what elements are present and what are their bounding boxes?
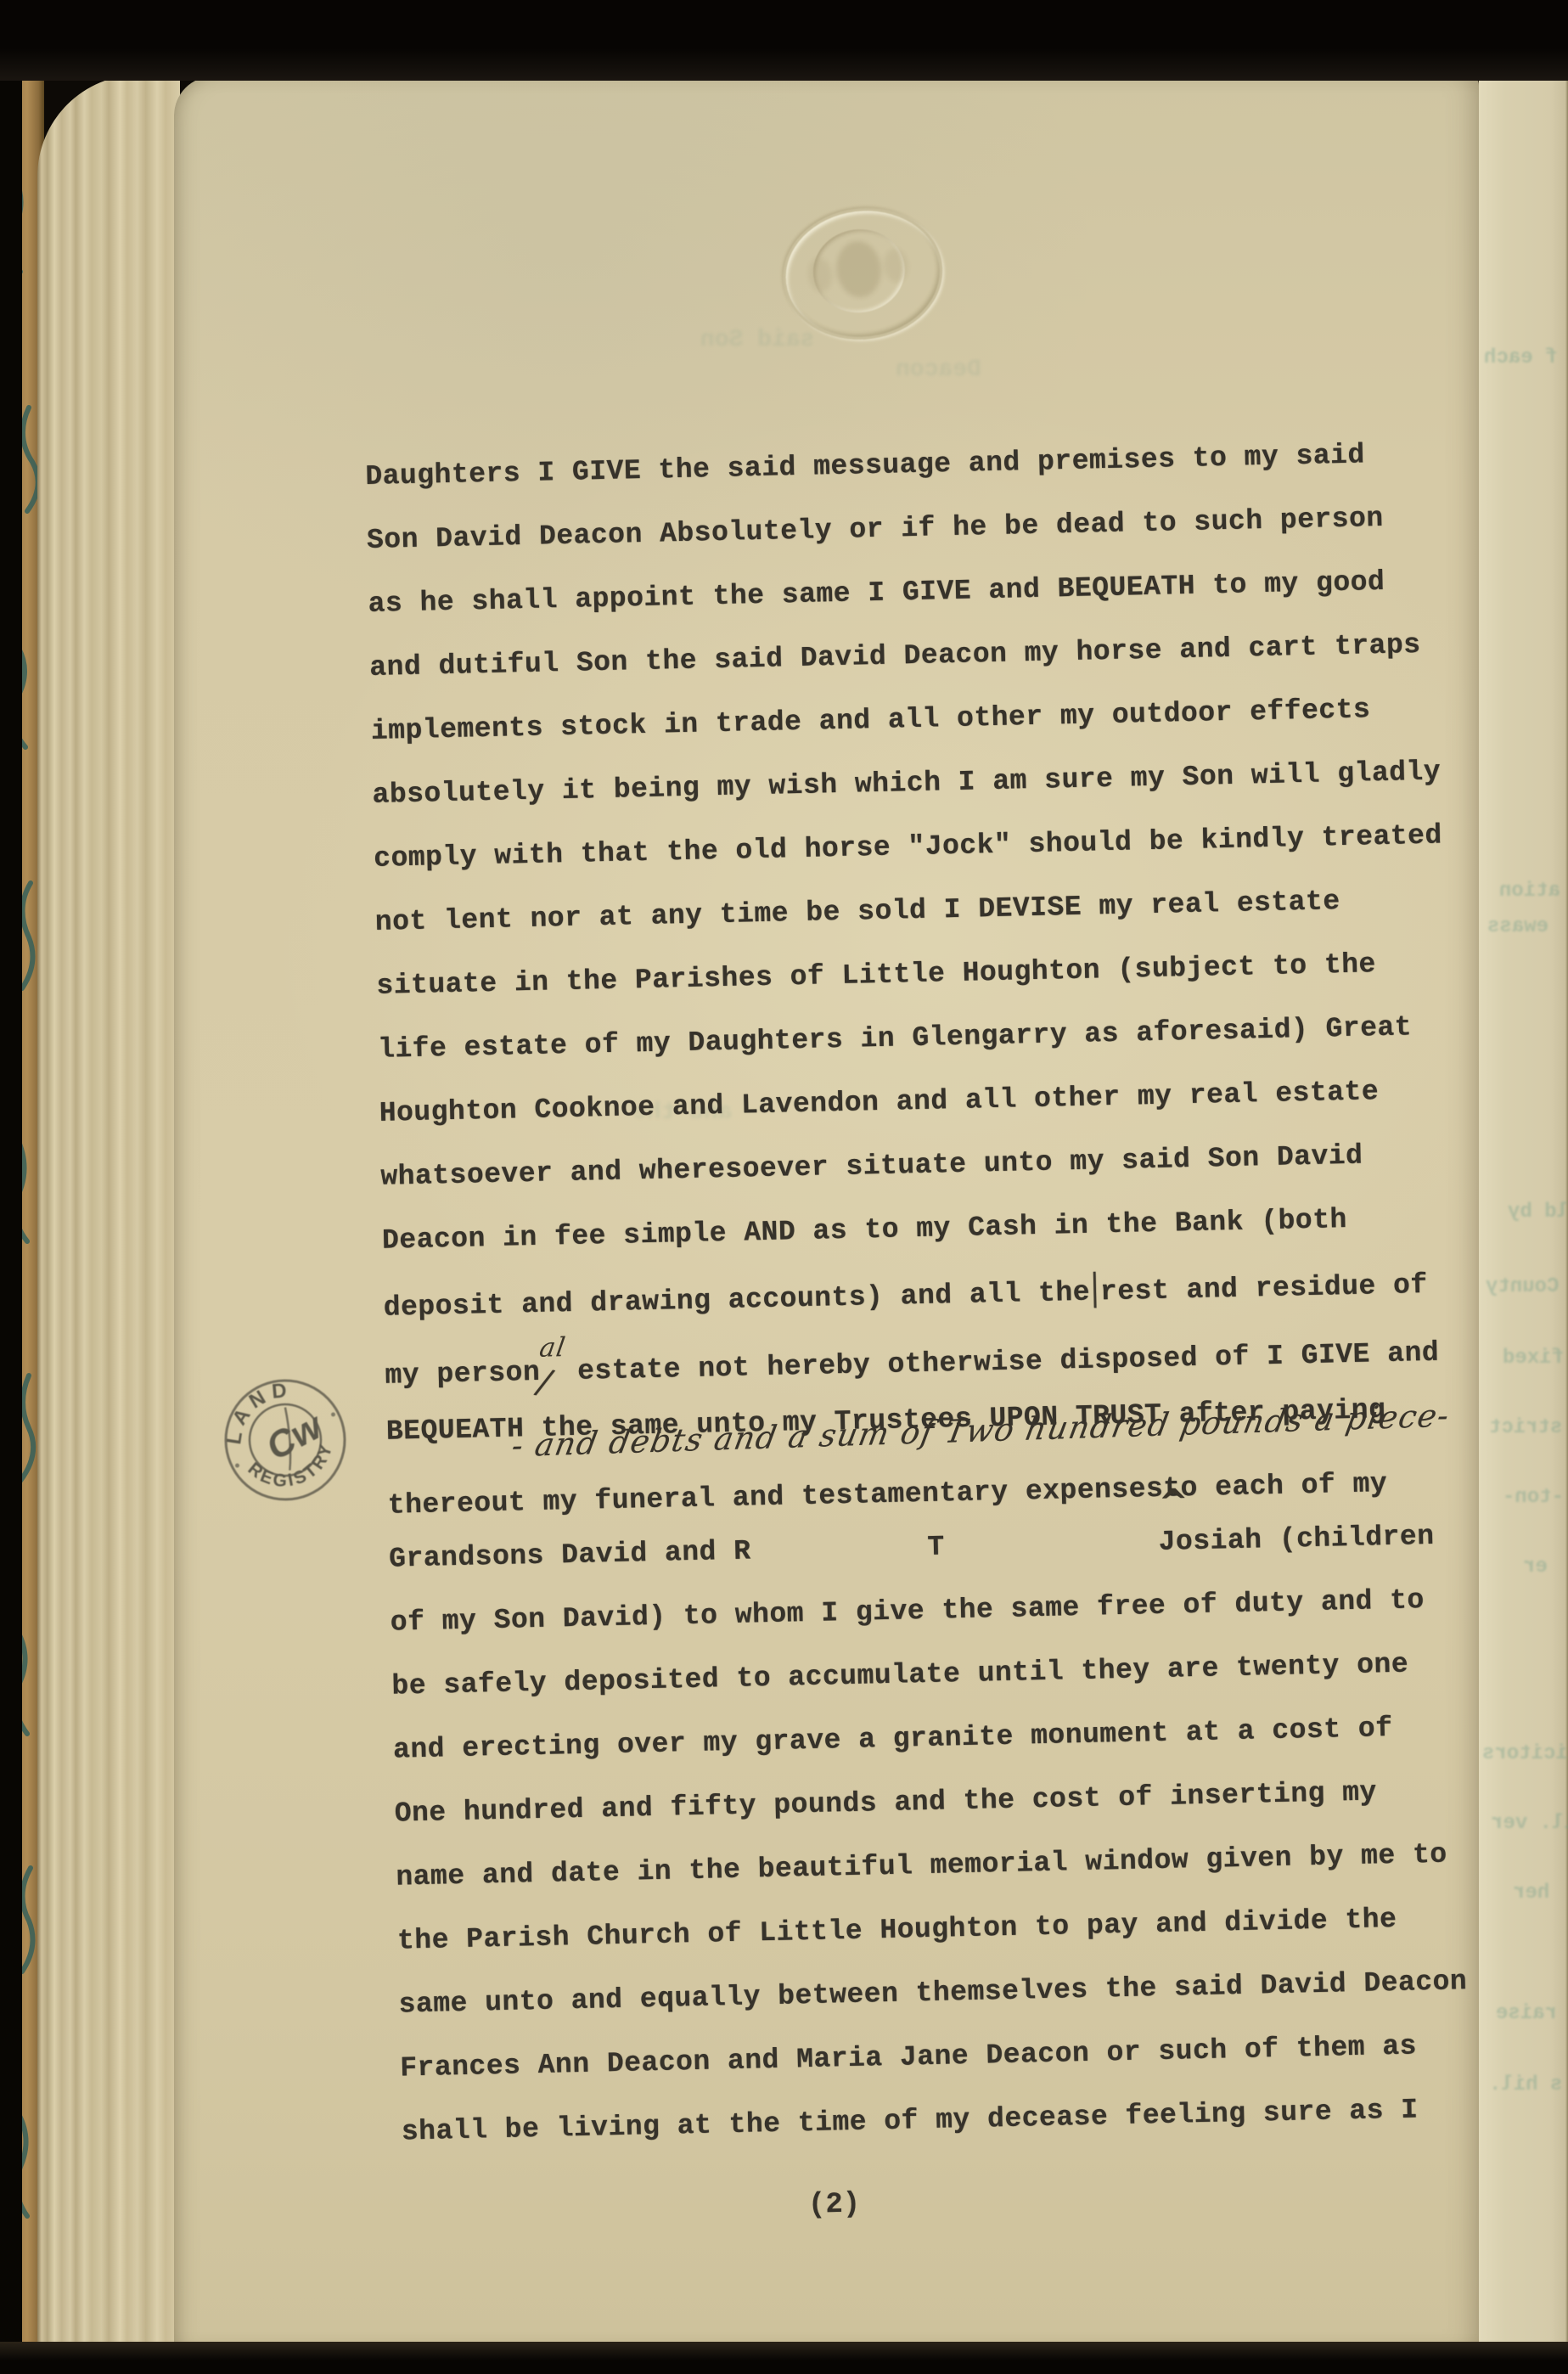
typed-line: comply with that the old horse "Jock" sh… <box>374 819 1442 875</box>
typed-segment: deposit and drawing accounts) and all th… <box>383 1277 1090 1324</box>
background-top <box>0 0 1568 81</box>
typed-segment-hwsup: al <box>537 1332 580 1364</box>
typed-line: thereout my funeral and testamentary exp… <box>387 1458 1387 1522</box>
showthrough-fragment: strict <box>1489 1416 1562 1439</box>
typed-segment: comply with that the old horse "Jock" sh… <box>374 819 1442 874</box>
typed-line: life estate of my Daughters in Glengarry… <box>378 1011 1413 1066</box>
typed-segment-caretup: ^ <box>1158 1482 1159 1523</box>
typed-segment: estate not hereby otherwise disposed of … <box>577 1337 1440 1387</box>
typed-segment: situate in the Parishes of Little Hought… <box>376 948 1376 1002</box>
showthrough-fragment: ation <box>1499 880 1560 903</box>
typed-line: Frances Ann Deacon and Maria Jane Deacon… <box>400 2030 1417 2084</box>
embossed-coat-of-arms-seal <box>776 200 945 343</box>
typed-segment: shall be living at the time of my deceas… <box>402 2094 1419 2147</box>
typed-line: Houghton Cooknoe and Lavendon and all ot… <box>379 1076 1379 1130</box>
typed-segment: and dutiful Son the said David Deacon my… <box>369 629 1421 684</box>
typed-line: shall be living at the time of my deceas… <box>402 2094 1419 2148</box>
typed-segment: Grandsons David and R <box>389 1535 751 1574</box>
typed-segment: Deacon in fee simple AND as to my Cash i… <box>382 1204 1348 1257</box>
page-edge-stack <box>37 75 180 2374</box>
typed-segment: One hundred and fifty pounds and the cos… <box>394 1776 1377 1829</box>
typed-segment: implements stock in trade and all other … <box>371 694 1371 747</box>
typed-line: Son David Deacon Absolutely or if he be … <box>367 503 1384 557</box>
typed-segment: Houghton Cooknoe and Lavendon and all ot… <box>379 1076 1379 1129</box>
typed-segment: of my Son David) to whom I give the same… <box>390 1584 1425 1639</box>
showthrough-fragment: ll. ver <box>1491 1812 1568 1835</box>
typed-segment: name and date in the beautiful memorial … <box>396 1839 1447 1893</box>
typed-line: be safely deposited to accumulate until … <box>391 1649 1408 1703</box>
typed-segment: absolutely it being my wish which I am s… <box>372 756 1441 810</box>
typed-line: Deacon in fee simple AND as to my Cash i… <box>382 1204 1348 1257</box>
typed-segment: whatsoever and wheresoever situate unto … <box>380 1140 1363 1193</box>
showthrough-fragment: fixed <box>1503 1347 1564 1370</box>
showthrough-fragment: ewass <box>1487 915 1548 938</box>
typed-segment-gapJ: Josiah (children <box>1158 1521 1435 1558</box>
typed-segment: as he shall appoint the same I GIVE and … <box>368 566 1385 620</box>
showthrough-fragment: raise <box>1496 2002 1557 2025</box>
typed-line: absolutely it being my wish which I am s… <box>372 756 1441 811</box>
showthrough-fragment: Deacon <box>896 357 981 383</box>
showthrough-fragment: f each <box>1484 346 1557 369</box>
showthrough-fragment: er <box>1523 1555 1548 1578</box>
typed-segment-pen: | <box>1089 1266 1100 1308</box>
typed-segment: and erecting over my grave a granite mon… <box>393 1713 1393 1766</box>
background-bottom <box>0 2342 1568 2374</box>
typed-line: Grandsons David and RTJosiah (children <box>389 1521 1435 1576</box>
typed-segment: be safely deposited to accumulate until … <box>391 1649 1408 1702</box>
typed-line: of my Son David) to whom I give the same… <box>390 1584 1425 1640</box>
book-spine <box>0 0 22 2374</box>
typed-line: One hundred and fifty pounds and the cos… <box>394 1776 1377 1830</box>
typed-segment: Son David Deacon Absolutely or if he be … <box>367 503 1384 556</box>
typed-line: deposit and drawing accounts) and all th… <box>383 1266 1428 1325</box>
typed-segment: same unto and equally between themselves… <box>398 1966 1467 2020</box>
showthrough-fragment: -ton- <box>1503 1486 1564 1509</box>
typed-text-block: - and debts and a sum of Two hundred pou… <box>365 437 1509 2287</box>
typed-segment: life estate of my Daughters in Glengarry… <box>378 1011 1413 1066</box>
typed-segment: thereout my funeral and testamentary exp… <box>387 1473 1163 1522</box>
showthrough-fragment: her <box>1513 1882 1549 1904</box>
showthrough-fragment: ould by <box>1508 1201 1568 1224</box>
typed-line: as he shall appoint the same I GIVE and … <box>368 566 1385 621</box>
typed-segment: to each of my <box>1163 1468 1388 1505</box>
typed-line: name and date in the beautiful memorial … <box>396 1839 1447 1894</box>
typed-line: not lent nor at any time be sold I DEVIS… <box>374 886 1340 939</box>
typed-line: and dutiful Son the said David Deacon my… <box>369 629 1421 684</box>
typed-line: situate in the Parishes of Little Hought… <box>376 948 1376 1003</box>
typed-line: whatsoever and wheresoever situate unto … <box>380 1140 1363 1194</box>
typed-segment: the Parish Church of Little Houghton to … <box>397 1904 1397 1957</box>
scanned-will-page: f eachationewassould byCountyfixedstrict… <box>0 0 1568 2374</box>
showthrough-fragment: County <box>1486 1275 1559 1298</box>
typed-segment: rest and residue of <box>1100 1269 1428 1308</box>
typed-line: and erecting over my grave a granite mon… <box>393 1713 1393 1767</box>
typed-segment: Frances Ann Deacon and Maria Jane Deacon… <box>400 2030 1417 2084</box>
typed-segment: not lent nor at any time be sold I DEVIS… <box>374 886 1340 938</box>
page-number: (2) <box>808 2188 861 2221</box>
typed-line: same unto and equally between themselves… <box>398 1966 1467 2021</box>
typed-segment-gapT: T <box>927 1531 945 1562</box>
typed-line: implements stock in trade and all other … <box>371 694 1371 748</box>
typed-line: my personal/estate not hereby otherwise … <box>385 1330 1440 1392</box>
typed-line: the Parish Church of Little Houghton to … <box>397 1904 1397 1958</box>
typed-segment: my person <box>385 1357 540 1392</box>
